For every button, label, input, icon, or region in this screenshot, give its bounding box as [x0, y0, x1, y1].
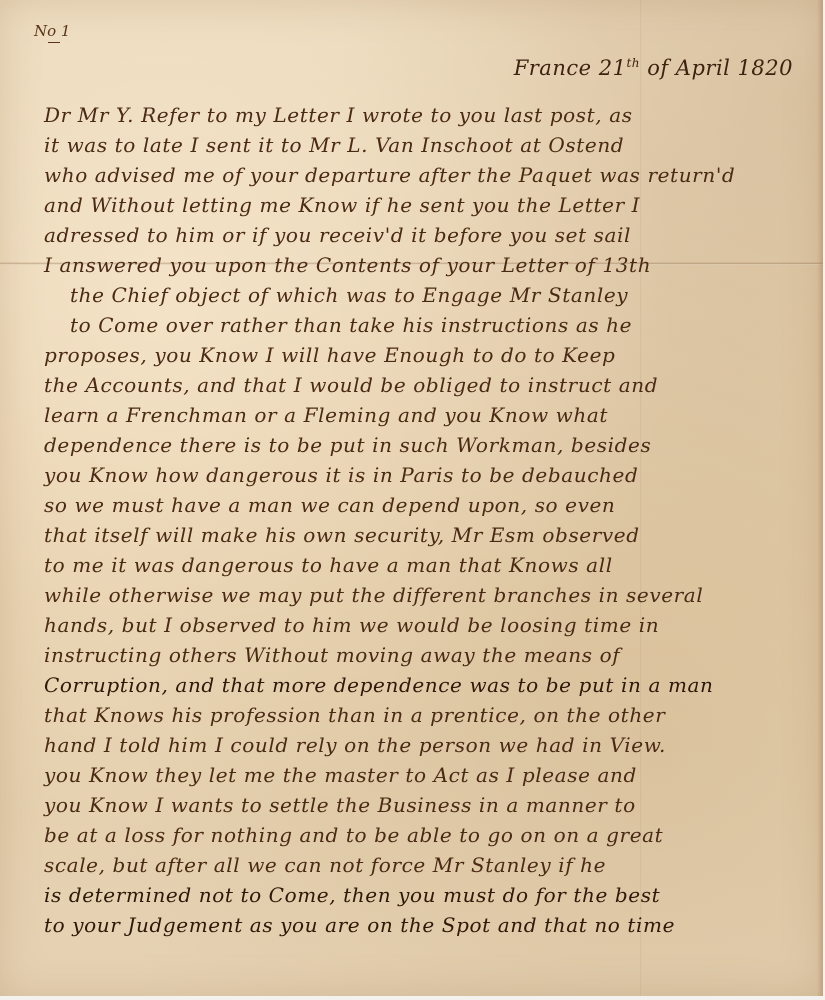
letter-line: be at a loss for nothing and to be able … — [30, 820, 810, 850]
dateline-place: France — [514, 56, 592, 80]
letter-line: you Know I wants to settle the Business … — [30, 790, 810, 820]
dateline-day-suffix: th — [626, 56, 640, 70]
letter-line: scale, but after all we can not force Mr… — [30, 850, 810, 880]
letter-line: to me it was dangerous to have a man tha… — [30, 550, 810, 580]
letter-line: while otherwise we may put the different… — [30, 580, 810, 610]
letter-line: it was to late I sent it to Mr L. Van In… — [30, 130, 810, 160]
letter-line: dependence there is to be put in such Wo… — [30, 430, 810, 460]
letter-line: hand I told him I could rely on the pers… — [30, 730, 810, 760]
letter-line: and Without letting me Know if he sent y… — [30, 190, 810, 220]
letter-line: you Know they let me the master to Act a… — [30, 760, 810, 790]
letter-line: to your Judgement as you are on the Spot… — [30, 910, 810, 940]
letter-line: the Chief object of which was to Engage … — [30, 280, 810, 310]
letter-line: learn a Frenchman or a Fleming and you K… — [30, 400, 810, 430]
letter-line: that itself will make his own security, … — [30, 520, 810, 550]
reference-underline — [48, 42, 60, 43]
letter-line: that Knows his profession than in a pren… — [30, 700, 810, 730]
reference-number: No 1 — [34, 22, 70, 43]
letter-line: instructing others Without moving away t… — [30, 640, 810, 670]
reference-number-text: No 1 — [34, 22, 70, 40]
letter-line: proposes, you Know I will have Enough to… — [30, 340, 810, 370]
dateline-day: 21 — [599, 56, 627, 80]
letter-body: Dr Mr Y. Refer to my Letter I wrote to y… — [30, 100, 810, 940]
letter-line: adressed to him or if you receiv'd it be… — [30, 220, 810, 250]
dateline: France 21th of April 1820 — [514, 56, 793, 80]
letter-line: you Know how dangerous it is in Paris to… — [30, 460, 810, 490]
letter-line: to Come over rather than take his instru… — [30, 310, 810, 340]
letter-line: hands, but I observed to him we would be… — [30, 610, 810, 640]
letter-line: who advised me of your departure after t… — [30, 160, 810, 190]
letter-line: the Accounts, and that I would be oblige… — [30, 370, 810, 400]
letter-line: is determined not to Come, then you must… — [30, 880, 810, 910]
letter-line: Dr Mr Y. Refer to my Letter I wrote to y… — [30, 100, 810, 130]
paper-edge-shadow — [817, 0, 823, 996]
dateline-month-year: of April 1820 — [647, 56, 793, 80]
letter-page: No 1 France 21th of April 1820 Dr Mr Y. … — [0, 0, 823, 996]
letter-line: I answered you upon the Contents of your… — [30, 250, 810, 280]
letter-line: so we must have a man we can depend upon… — [30, 490, 810, 520]
letter-line: Corruption, and that more dependence was… — [30, 670, 810, 700]
